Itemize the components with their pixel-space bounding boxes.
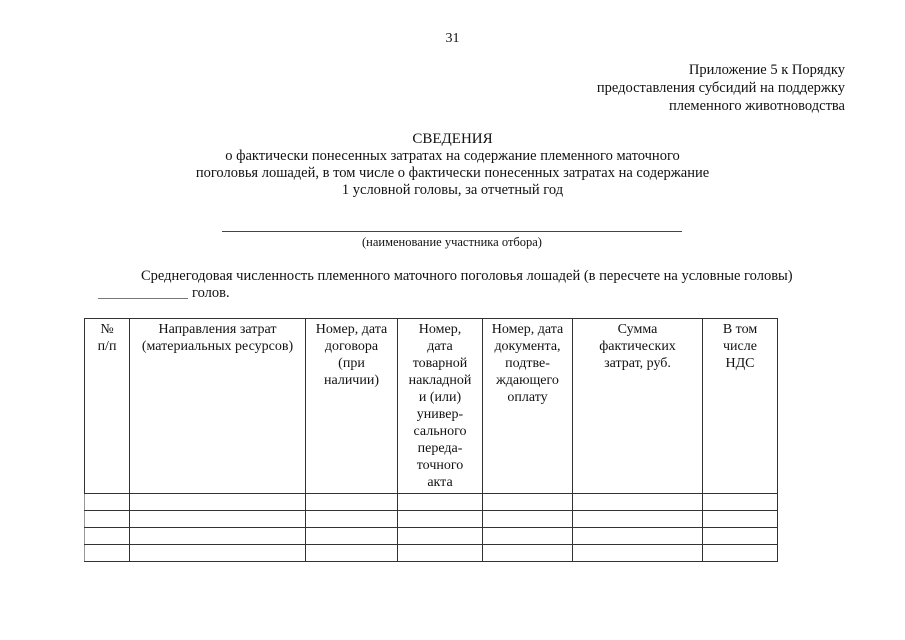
table-cell[interactable] (85, 511, 130, 528)
column-header-line: точного (398, 457, 482, 474)
participant-caption: (наименование участника отбора) (222, 235, 682, 250)
column-header-line: товарной (398, 355, 482, 372)
column-header-line: затрат, руб. (573, 355, 702, 372)
table-cell[interactable] (130, 545, 306, 562)
table-row (85, 494, 778, 511)
table-cell[interactable] (703, 528, 778, 545)
column-header-line: акта (398, 474, 482, 491)
appendix-line: предоставления субсидий на поддержку (597, 79, 845, 97)
table-cell[interactable] (398, 511, 483, 528)
table-cell[interactable] (306, 511, 398, 528)
table-cell[interactable] (306, 528, 398, 545)
column-header-line: фактических (573, 338, 702, 355)
table-cell[interactable] (483, 511, 573, 528)
average-headcount-unit: голов. (192, 285, 230, 302)
appendix-line: племенного животноводства (597, 97, 845, 115)
average-headcount-label: Среднегодовая численность племенного мат… (141, 268, 793, 285)
title-line: 1 условной головы, за отчетный год (0, 182, 905, 199)
participant-name-field[interactable] (222, 231, 682, 232)
column-header-line: Номер, (398, 321, 482, 338)
column-header-line: дата (398, 338, 482, 355)
table-cell[interactable] (398, 494, 483, 511)
table-cell[interactable] (130, 528, 306, 545)
column-header-line: Сумма (573, 321, 702, 338)
column-header-line: Номер, дата (306, 321, 397, 338)
title-line: поголовья лошадей, в том числе о фактиче… (0, 165, 905, 182)
table-cell[interactable] (483, 528, 573, 545)
column-header-line: п/п (85, 338, 129, 355)
table-cell[interactable] (573, 545, 703, 562)
column-header: Номер, датадоговора(приналичии) (306, 319, 398, 494)
appendix-reference: Приложение 5 к Порядку предоставления су… (597, 61, 845, 115)
table-cell[interactable] (703, 545, 778, 562)
column-header-line: сального (398, 423, 482, 440)
column-header-line: договора (306, 338, 397, 355)
column-header: Номер,дататоварнойнакладнойи (или)универ… (398, 319, 483, 494)
appendix-line: Приложение 5 к Порядку (597, 61, 845, 79)
column-header: №п/п (85, 319, 130, 494)
column-header-line: универ- (398, 406, 482, 423)
column-header-line: подтве- (483, 355, 572, 372)
column-header-line: документа, (483, 338, 572, 355)
table-row (85, 511, 778, 528)
table-cell[interactable] (573, 494, 703, 511)
column-header: Направления затрат(материальных ресурсов… (130, 319, 306, 494)
column-header-line: наличии) (306, 372, 397, 389)
column-header-line: и (или) (398, 389, 482, 406)
column-header-line: № (85, 321, 129, 338)
table-row (85, 545, 778, 562)
table-cell[interactable] (398, 545, 483, 562)
column-header-line: оплату (483, 389, 572, 406)
table-cell[interactable] (398, 528, 483, 545)
table-cell[interactable] (483, 494, 573, 511)
column-header: Номер, датадокумента,подтве-ждающегоопла… (483, 319, 573, 494)
table-cell[interactable] (306, 545, 398, 562)
table-cell[interactable] (130, 494, 306, 511)
title-heading: СВЕДЕНИЯ (0, 131, 905, 148)
column-header-line: числе (703, 338, 777, 355)
table-cell[interactable] (703, 494, 778, 511)
table-cell[interactable] (573, 511, 703, 528)
table-header-row: №п/пНаправления затрат(материальных ресу… (85, 319, 778, 494)
column-header-line: ждающего (483, 372, 572, 389)
column-header-line: Номер, дата (483, 321, 572, 338)
column-header-line: переда- (398, 440, 482, 457)
table-cell[interactable] (130, 511, 306, 528)
average-headcount-field[interactable] (98, 298, 188, 299)
column-header-line: НДС (703, 355, 777, 372)
table-cell[interactable] (85, 545, 130, 562)
table-cell[interactable] (85, 494, 130, 511)
table-cell[interactable] (573, 528, 703, 545)
table-cell[interactable] (483, 545, 573, 562)
column-header-line: накладной (398, 372, 482, 389)
column-header-line: Направления затрат (130, 321, 305, 338)
costs-table: №п/пНаправления затрат(материальных ресу… (84, 318, 778, 562)
column-header-line: В том (703, 321, 777, 338)
table-cell[interactable] (85, 528, 130, 545)
title-line: о фактически понесенных затратах на соде… (0, 148, 905, 165)
table-cell[interactable] (703, 511, 778, 528)
page-number: 31 (0, 31, 905, 47)
column-header: Суммафактическихзатрат, руб. (573, 319, 703, 494)
column-header: В томчислеНДС (703, 319, 778, 494)
column-header-line: (материальных ресурсов) (130, 338, 305, 355)
table-row (85, 528, 778, 545)
document-title: СВЕДЕНИЯ о фактически понесенных затрата… (0, 131, 905, 199)
column-header-line: (при (306, 355, 397, 372)
table-cell[interactable] (306, 494, 398, 511)
